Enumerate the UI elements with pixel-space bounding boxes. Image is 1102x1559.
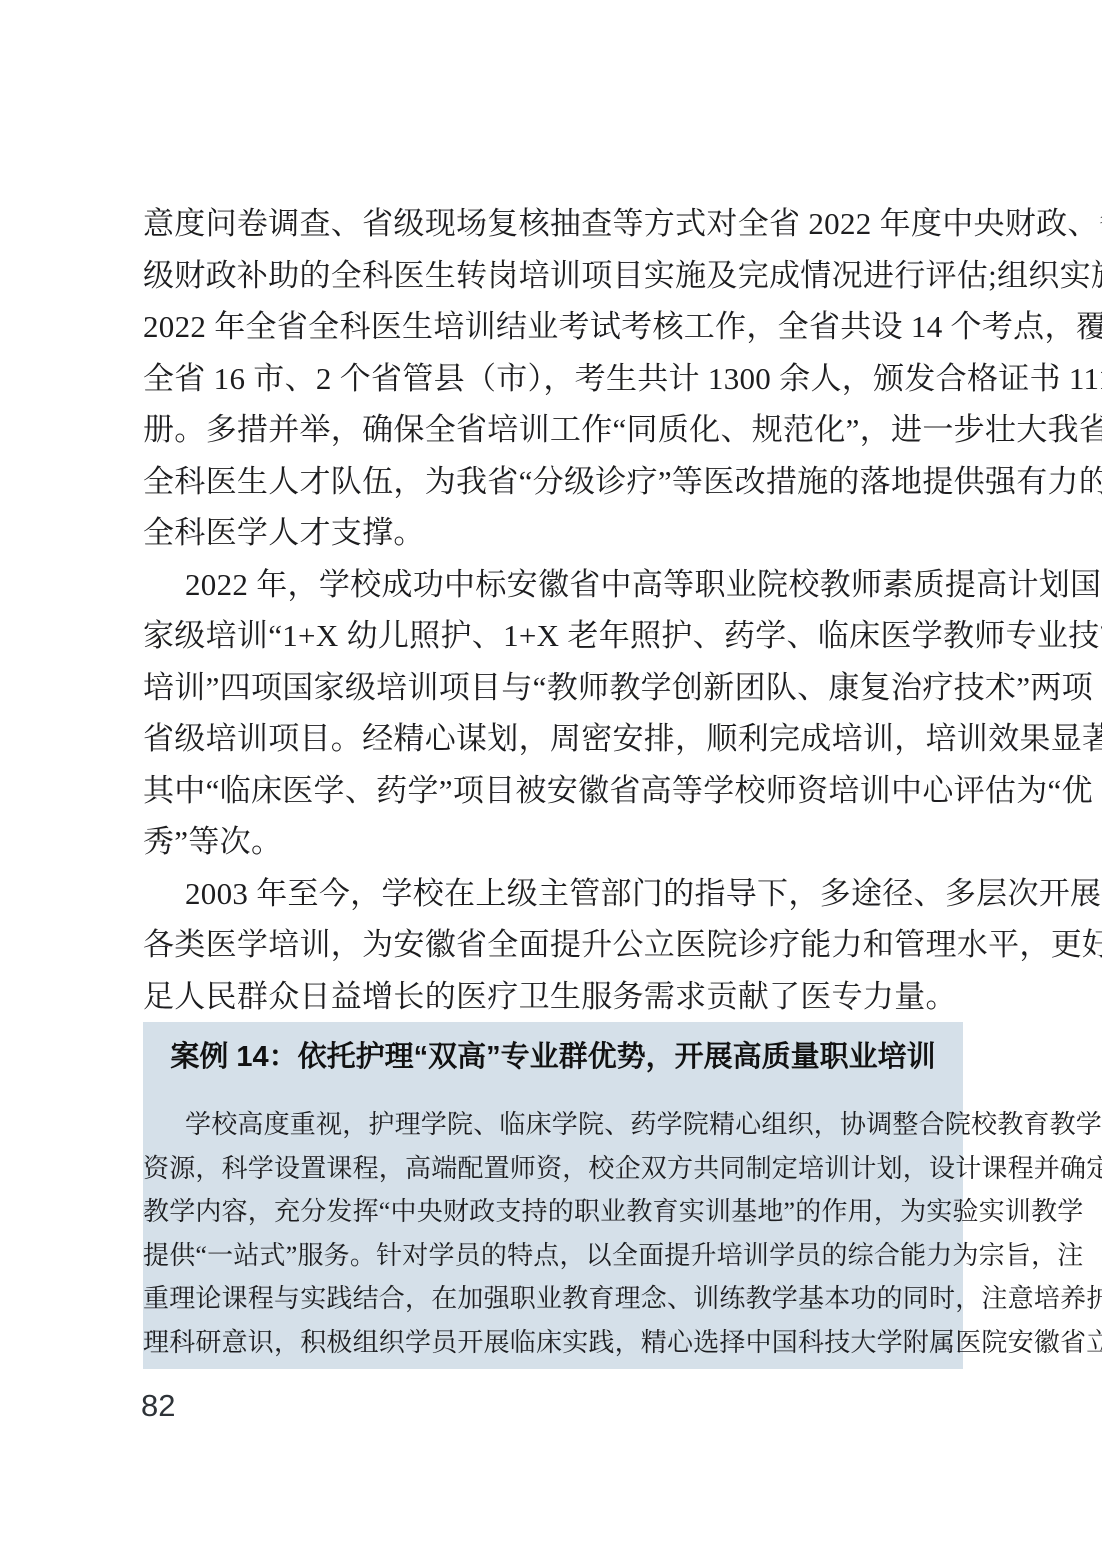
text-line: 各类医学培训，为安徽省全面提升公立医院诊疗能力和管理水平，更好满 (143, 919, 963, 971)
case-title: 案例 14：依托护理“双高”专业群优势，开展高质量职业培训 (143, 1036, 963, 1078)
case-highlight-box: 案例 14：依托护理“双高”专业群优势，开展高质量职业培训 学校高度重视，护理学… (143, 1022, 963, 1369)
text-line: 意度问卷调查、省级现场复核抽查等方式对全省 2022 年度中央财政、省 (143, 198, 963, 250)
text-line: 册。多措并举，确保全省培训工作“同质化、规范化”，进一步壮大我省 (143, 404, 963, 456)
page-number: 82 (141, 1388, 175, 1424)
paragraph-2: 2022 年，学校成功中标安徽省中高等职业院校教师素质提高计划国 家级培训“1+… (143, 559, 963, 868)
text-line: 2022 年，学校成功中标安徽省中高等职业院校教师素质提高计划国 (143, 559, 963, 611)
text-line: 全科医学人才支撑。 (143, 507, 963, 559)
paragraph-1: 意度问卷调查、省级现场复核抽查等方式对全省 2022 年度中央财政、省 级财政补… (143, 198, 963, 559)
text-line: 家级培训“1+X 幼儿照护、1+X 老年照护、药学、临床医学教师专业技能 (143, 610, 963, 662)
document-page: { "page": { "number": "82", "background_… (0, 0, 1102, 1559)
text-line: 培训”四项国家级培训项目与“教师教学创新团队、康复治疗技术”两项 (143, 662, 963, 714)
text-line: 省级培训项目。经精心谋划，周密安排，顺利完成培训，培训效果显著， (143, 713, 963, 765)
text-line: 秀”等次。 (143, 816, 963, 868)
text-line: 足人民群众日益增长的医疗卫生服务需求贡献了医专力量。 (143, 971, 963, 1023)
text-line: 2003 年至今，学校在上级主管部门的指导下，多途径、多层次开展 (143, 868, 963, 920)
case-text-line: 重理论课程与实践结合，在加强职业教育理念、训练教学基本功的同时，注意培养护 (143, 1277, 963, 1321)
text-line: 级财政补助的全科医生转岗培训项目实施及完成情况进行评估;组织实施 (143, 250, 963, 302)
case-text-line: 提供“一站式”服务。针对学员的特点，以全面提升培训学员的综合能力为宗旨，注 (143, 1234, 963, 1278)
text-column: 意度问卷调查、省级现场复核抽查等方式对全省 2022 年度中央财政、省 级财政补… (143, 198, 963, 1369)
case-text-line: 理科研意识，积极组织学员开展临床实践，精心选择中国科技大学附属医院安徽省立 (143, 1321, 963, 1365)
text-line: 全科医生人才队伍，为我省“分级诊疗”等医改措施的落地提供强有力的 (143, 456, 963, 508)
text-line: 2022 年全省全科医生培训结业考试考核工作，全省共设 14 个考点，覆盖 (143, 301, 963, 353)
text-line: 其中“临床医学、药学”项目被安徽省高等学校师资培训中心评估为“优 (143, 765, 963, 817)
case-text-line: 资源，科学设置课程，高端配置师资，校企双方共同制定培训计划，设计课程并确定 (143, 1147, 963, 1191)
paragraph-3: 2003 年至今，学校在上级主管部门的指导下，多途径、多层次开展 各类医学培训，… (143, 868, 963, 1023)
text-line: 全省 16 市、2 个省管县（市），考生共计 1300 余人，颁发合格证书 11… (143, 353, 963, 405)
case-text-line: 教学内容，充分发挥“中央财政支持的职业教育实训基地”的作用，为实验实训教学 (143, 1190, 963, 1234)
case-text-line: 学校高度重视，护理学院、临床学院、药学院精心组织，协调整合院校教育教学 (143, 1103, 963, 1147)
